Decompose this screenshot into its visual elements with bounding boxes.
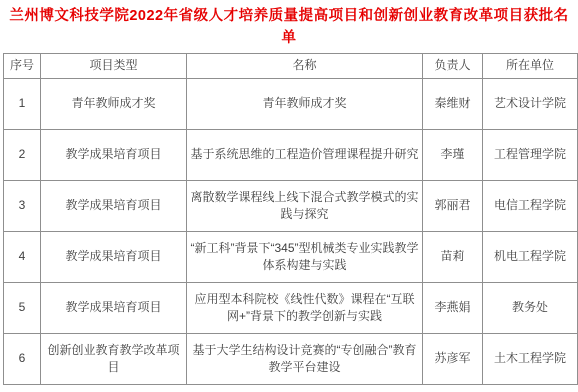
- cell-unit: 电信工程学院: [483, 180, 578, 231]
- col-header-leader: 负责人: [423, 53, 483, 78]
- table-row: 6创新创业教育教学改革项目基于大学生结构设计竞赛的“专创融合”教育教学平台建设苏…: [4, 333, 578, 384]
- cell-name: 应用型本科院校《线性代数》课程在“互联网+”背景下的教学创新与实践: [187, 282, 423, 333]
- cell-type: 教学成果培育项目: [41, 282, 187, 333]
- cell-leader: 秦维财: [423, 78, 483, 129]
- cell-type: 青年教师成才奖: [41, 78, 187, 129]
- page-title: 兰州博文科技学院2022年省级人才培养质量提高项目和创新创业教育改革项目获批名单: [0, 0, 578, 53]
- cell-leader: 郭丽君: [423, 180, 483, 231]
- document-page: 兰州博文科技学院2022年省级人才培养质量提高项目和创新创业教育改革项目获批名单…: [0, 0, 578, 392]
- cell-name: 基于系统思维的工程造价管理课程提升研究: [187, 129, 423, 180]
- cell-name: 离散数学课程线上线下混合式教学模式的实践与探究: [187, 180, 423, 231]
- col-header-seq: 序号: [4, 53, 41, 78]
- table-row: 2教学成果培育项目基于系统思维的工程造价管理课程提升研究李瑾工程管理学院: [4, 129, 578, 180]
- cell-seq: 4: [4, 231, 41, 282]
- cell-seq: 2: [4, 129, 41, 180]
- table-row: 1青年教师成才奖青年教师成才奖秦维财艺术设计学院: [4, 78, 578, 129]
- cell-leader: 李瑾: [423, 129, 483, 180]
- cell-leader: 李燕娟: [423, 282, 483, 333]
- cell-seq: 5: [4, 282, 41, 333]
- cell-seq: 3: [4, 180, 41, 231]
- cell-unit: 工程管理学院: [483, 129, 578, 180]
- cell-type: 教学成果培育项目: [41, 231, 187, 282]
- col-header-unit: 所在单位: [483, 53, 578, 78]
- cell-name: 基于大学生结构设计竞赛的“专创融合”教育教学平台建设: [187, 333, 423, 384]
- cell-unit: 教务处: [483, 282, 578, 333]
- cell-name: “新工科”背景下“345”型机械类专业实践教学体系构建与实践: [187, 231, 423, 282]
- table-header-row: 序号 项目类型 名称 负责人 所在单位: [4, 53, 578, 78]
- cell-name: 青年教师成才奖: [187, 78, 423, 129]
- cell-seq: 6: [4, 333, 41, 384]
- table-body: 1青年教师成才奖青年教师成才奖秦维财艺术设计学院2教学成果培育项目基于系统思维的…: [4, 78, 578, 384]
- cell-leader: 苏彦军: [423, 333, 483, 384]
- cell-type: 教学成果培育项目: [41, 180, 187, 231]
- cell-seq: 1: [4, 78, 41, 129]
- cell-unit: 机电工程学院: [483, 231, 578, 282]
- cell-type: 教学成果培育项目: [41, 129, 187, 180]
- table-row: 4教学成果培育项目“新工科”背景下“345”型机械类专业实践教学体系构建与实践苗…: [4, 231, 578, 282]
- table-row: 3教学成果培育项目离散数学课程线上线下混合式教学模式的实践与探究郭丽君电信工程学…: [4, 180, 578, 231]
- cell-leader: 苗莉: [423, 231, 483, 282]
- col-header-name: 名称: [187, 53, 423, 78]
- cell-unit: 土木工程学院: [483, 333, 578, 384]
- approved-projects-table: 序号 项目类型 名称 负责人 所在单位 1青年教师成才奖青年教师成才奖秦维财艺术…: [3, 53, 578, 385]
- table-row: 5教学成果培育项目应用型本科院校《线性代数》课程在“互联网+”背景下的教学创新与…: [4, 282, 578, 333]
- cell-type: 创新创业教育教学改革项目: [41, 333, 187, 384]
- cell-unit: 艺术设计学院: [483, 78, 578, 129]
- col-header-type: 项目类型: [41, 53, 187, 78]
